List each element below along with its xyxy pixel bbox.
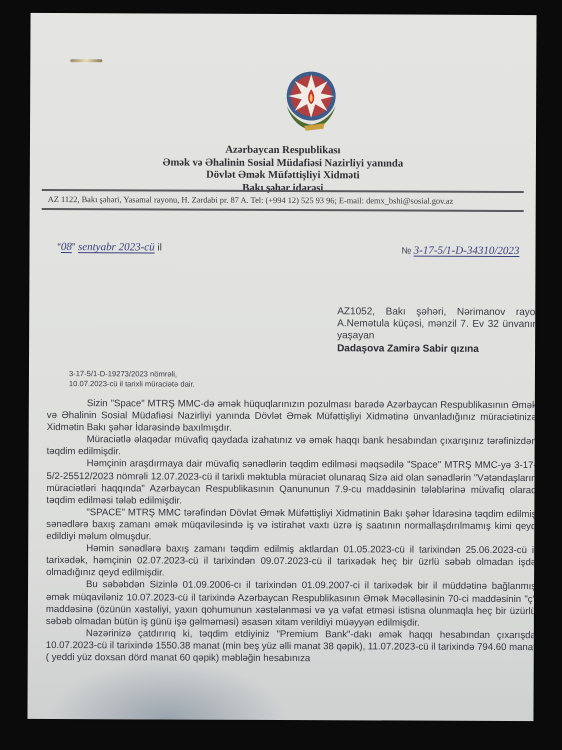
letter-page: Azərbaycan Respublikası Əmək və Əhalinin… [27,13,536,721]
body-paragraph: "SPACE" MTRŞ MMC tərəfindən Dövlət Əmək … [46,507,536,545]
reference-line-2: 10.07.2023-cü il tarixli müraciətə dair. [69,379,195,390]
state-emblem-icon [277,66,345,134]
reference-line-1: 3-17-5/1-D-19273/2023 nömrəli, [69,369,195,380]
header-divider-bottom [42,208,524,212]
registration-number: № 3-17-5/1-D-34310/2023 [401,245,519,258]
body-paragraph: Həmçinin araşdırmaya dair müvafiq sənədl… [46,458,536,509]
body-paragraph: Sizin "Space" MTRŞ MMC-də əmək hüquqları… [47,398,537,436]
number-sign: № [401,246,411,256]
body-paragraph: Müraciətlə əlaqədar müvafiq qaydada izah… [47,434,537,460]
staple [70,59,102,62]
letter-date: “08” sentyabr 2023-cü il [57,241,161,253]
registration-value: 3-17-5/1-D-34310/2023 [414,245,520,257]
addressee-name: Dadaşova Zamirə Sabir qızına [337,343,536,356]
date-month-year: sentyabr 2023-cü [78,241,155,253]
contact-line: AZ 1122, Bakı şəhəri, Yasamal rayonu, H.… [48,195,526,206]
body-paragraph: Nəzərinizə çatdırırıq ki, təqdim etdiyin… [46,628,536,666]
addressee-block: AZ1052, Bakı şəhəri, Nərimanov rayonu, A… [337,306,536,356]
date-suffix: il [157,242,162,253]
body-paragraph: Bu səbəbdən Sizinlə 01.09.2006-cı il tar… [46,579,536,630]
date-day: 08 [61,241,72,253]
body-paragraph: Həmin sənədlərə baxış zamanı təqdim edil… [46,543,536,581]
letter-body: Sizin "Space" MTRŞ MMC-də əmək hüquqları… [46,398,537,666]
addressee-address: AZ1052, Bakı şəhəri, Nərimanov rayonu, A… [337,306,536,342]
reference-note: 3-17-5/1-D-19273/2023 nömrəli, 10.07.202… [69,369,195,390]
